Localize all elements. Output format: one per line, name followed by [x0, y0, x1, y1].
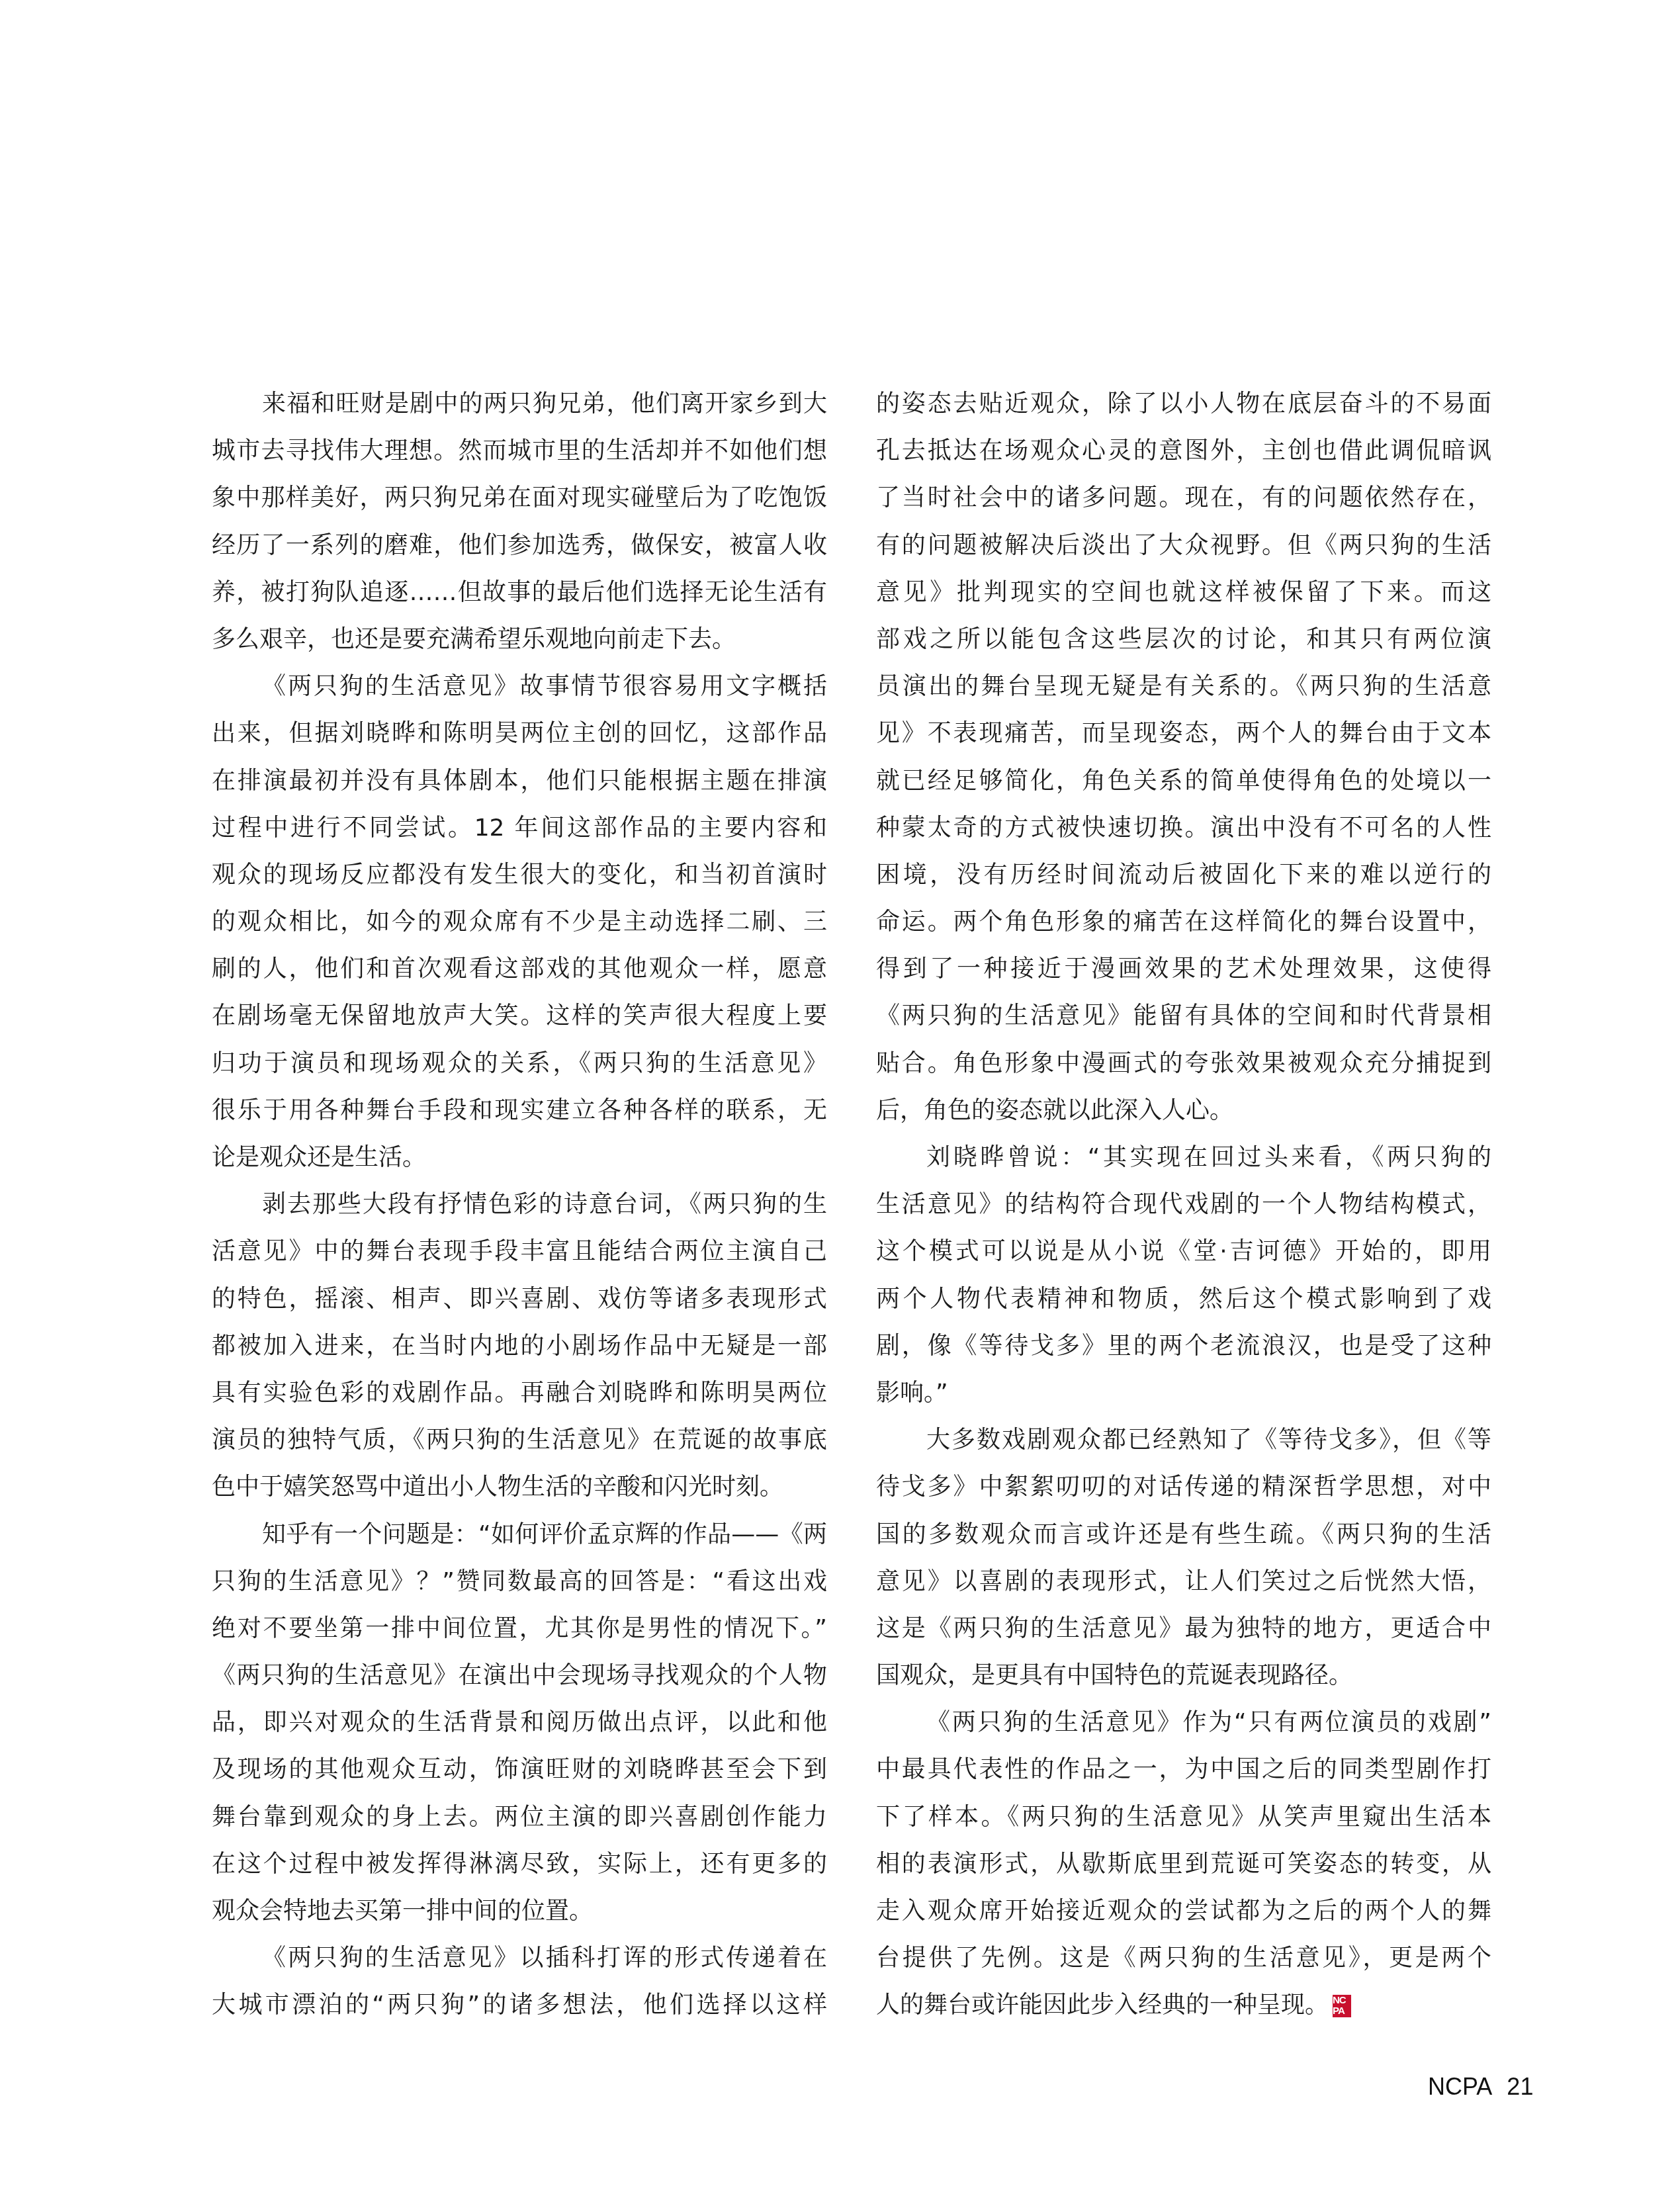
- text-line-content: 相的表演形式，从歇斯底里到荒诞可笑姿态的转变，从: [876, 1851, 1491, 1878]
- text-line-content: 品，即兴对观众的生活背景和阅历做出点评，以此和他: [212, 1709, 827, 1736]
- text-line-content: 大城市漂泊的“两只狗”的诸多想法，他们选择以这样: [212, 1991, 827, 2019]
- text-line: 下了样本。《两只狗的生活意见》从笑声里窥出生活本: [876, 1794, 1491, 1841]
- text-line-content: 员演出的舞台呈现无疑是有关系的。《两只狗的生活意: [876, 673, 1491, 700]
- text-line-content: 命运。两个角色形象的痛苦在这样简化的舞台设置中，: [876, 908, 1491, 936]
- text-line-content: 这个模式可以说是从小说《堂·吉诃德》开始的，即用: [876, 1238, 1491, 1265]
- text-line-content: 在排演最初并没有具体剧本，他们只能根据主题在排演: [212, 767, 827, 795]
- text-line: 刘晓晔曾说：“其实现在回过头来看，《两只狗的: [876, 1134, 1491, 1181]
- text-line-content: 在剧场毫无保留地放声大笑。这样的笑声很大程度上要: [212, 1002, 827, 1029]
- text-line-content: 只狗的生活意见》？”赞同数最高的回答是：“看这出戏: [212, 1568, 827, 1595]
- text-line: 剥去那些大段有抒情色彩的诗意台词，《两只狗的生: [212, 1181, 827, 1228]
- text-line: 生活意见》的结构符合现代戏剧的一个人物结构模式，: [876, 1181, 1491, 1228]
- text-line-content: 《两只狗的生活意见》作为“只有两位演员的戏剧”: [926, 1709, 1491, 1736]
- text-line: 的特色，摇滚、相声、即兴喜剧、戏仿等诸多表现形式: [212, 1276, 827, 1323]
- text-line: 色中于嬉笑怒骂中道出小人物生活的辛酸和闪光时刻。: [212, 1464, 827, 1510]
- text-line-content: 刘晓晔曾说：“其实现在回过头来看，《两只狗的: [926, 1144, 1491, 1171]
- text-line: 知乎有一个问题是：“如何评价孟京辉的作品——《两: [212, 1511, 827, 1558]
- text-line-content: 的姿态去贴近观众，除了以小人物在底层奋斗的不易面: [876, 390, 1491, 417]
- text-line: 城市去寻找伟大理想。然而城市里的生活却并不如他们想: [212, 427, 827, 474]
- text-line-content: 都被加入进来，在当时内地的小剧场作品中无疑是一部: [212, 1333, 827, 1360]
- text-line: 只狗的生活意见》？”赞同数最高的回答是：“看这出戏: [212, 1558, 827, 1605]
- text-line: 剧，像《等待戈多》里的两个老流浪汉，也是受了这种: [876, 1323, 1491, 1370]
- text-line-content: 养，被打狗队追逐……但故事的最后他们选择无论生活有: [212, 579, 827, 606]
- text-line-content: 见》不表现痛苦，而呈现姿态，两个人的舞台由于文本: [876, 720, 1491, 747]
- text-line: 来福和旺财是剧中的两只狗兄弟，他们离开家乡到大: [212, 380, 827, 427]
- text-line: 意见》批判现实的空间也就这样被保留了下来。而这: [876, 569, 1491, 616]
- text-line-content: 生活意见》的结构符合现代戏剧的一个人物结构模式，: [876, 1191, 1491, 1218]
- text-line: 活意见》中的舞台表现手段丰富且能结合两位主演自己: [212, 1228, 827, 1275]
- text-line-content: 贴合。角色形象中漫画式的夸张效果被观众充分捕捉到: [876, 1050, 1491, 1077]
- text-line-content: 中最具代表性的作品之一，为中国之后的同类型剧作打: [876, 1756, 1491, 1783]
- text-line: 的观众相比，如今的观众席有不少是主动选择二刷、三: [212, 898, 827, 945]
- article-column-right: 的姿态去贴近观众，除了以小人物在底层奋斗的不易面孔去抵达在场观众心灵的意图外，主…: [876, 380, 1491, 2029]
- text-line-content: 演员的独特气质，《两只狗的生活意见》在荒诞的故事底: [212, 1426, 827, 1454]
- text-line: 《两只狗的生活意见》作为“只有两位演员的戏剧”: [876, 1699, 1491, 1746]
- text-line-content: 人的舞台或许能因此步入经典的一种呈现。: [876, 1991, 1329, 2019]
- text-line-content: 观众会特地去买第一排中间的位置。: [212, 1898, 593, 1925]
- text-line: 归功于演员和现场观众的关系，《两只狗的生活意见》: [212, 1040, 827, 1087]
- page-footer: NCPA21: [1428, 2073, 1533, 2101]
- text-line: 绝对不要坐第一排中间位置，尤其你是男性的情况下。”: [212, 1605, 827, 1652]
- text-line: 舞台靠到观众的身上去。两位主演的即兴喜剧创作能力: [212, 1794, 827, 1841]
- text-line: 具有实验色彩的戏剧作品。再融合刘晓晔和陈明昊两位: [212, 1370, 827, 1417]
- text-line: 得到了一种接近于漫画效果的艺术处理效果，这使得: [876, 945, 1491, 992]
- text-line-content: 《两只狗的生活意见》以插科打诨的形式传递着在: [262, 1945, 827, 1972]
- text-line: 很乐于用各种舞台手段和现实建立各种各样的联系，无: [212, 1087, 827, 1134]
- text-line: 意见》以喜剧的表现形式，让人们笑过之后恍然大悟，: [876, 1558, 1491, 1605]
- text-line-content: 的特色，摇滚、相声、即兴喜剧、戏仿等诸多表现形式: [212, 1286, 827, 1313]
- text-line: 过程中进行不同尝试。12 年间这部作品的主要内容和: [212, 805, 827, 852]
- text-line: 在这个过程中被发挥得淋漓尽致，实际上，还有更多的: [212, 1841, 827, 1888]
- text-line-content: 种蒙太奇的方式被快速切换。演出中没有不可名的人性: [876, 814, 1491, 842]
- text-line-content: 部戏之所以能包含这些层次的讨论，和其只有两位演: [876, 626, 1491, 653]
- text-line: 《两只狗的生活意见》能留有具体的空间和时代背景相: [876, 992, 1491, 1039]
- text-line-content: 孔去抵达在场观众心灵的意图外，主创也借此调侃暗讽: [876, 437, 1491, 464]
- text-line: 待戈多》中絮絮叨叨的对话传递的精深哲学思想，对中: [876, 1464, 1491, 1510]
- text-line: 象中那样美好，两只狗兄弟在面对现实碰壁后为了吃饱饭: [212, 474, 827, 521]
- text-line: 论是观众还是生活。: [212, 1134, 827, 1181]
- text-line: 孔去抵达在场观众心灵的意图外，主创也借此调侃暗讽: [876, 427, 1491, 474]
- text-line: 《两只狗的生活意见》在演出中会现场寻找观众的个人物: [212, 1652, 827, 1699]
- text-line-content: 在这个过程中被发挥得淋漓尽致，实际上，还有更多的: [212, 1851, 827, 1878]
- text-line: 国观众，是更具有中国特色的荒诞表现路径。: [876, 1652, 1491, 1699]
- text-line: 这个模式可以说是从小说《堂·吉诃德》开始的，即用: [876, 1228, 1491, 1275]
- text-line-content: 知乎有一个问题是：“如何评价孟京辉的作品——《两: [262, 1521, 827, 1548]
- text-line-content: 《两只狗的生活意见》故事情节很容易用文字概括: [262, 673, 827, 700]
- text-line: 人的舞台或许能因此步入经典的一种呈现。NCPA: [876, 1982, 1491, 2029]
- text-line: 就已经足够简化，角色关系的简单使得角色的处境以一: [876, 758, 1491, 805]
- text-line-content: 待戈多》中絮絮叨叨的对话传递的精深哲学思想，对中: [876, 1473, 1491, 1501]
- text-line-content: 很乐于用各种舞台手段和现实建立各种各样的联系，无: [212, 1097, 827, 1124]
- text-line-content: 观众的现场反应都没有发生很大的变化，和当初首演时: [212, 861, 827, 889]
- text-line: 国的多数观众而言或许还是有些生疏。《两只狗的生活: [876, 1511, 1491, 1558]
- text-line-content: 两个人物代表精神和物质，然后这个模式影响到了戏: [876, 1286, 1491, 1313]
- text-line: 台提供了先例。这是《两只狗的生活意见》，更是两个: [876, 1935, 1491, 1982]
- text-line-content: 绝对不要坐第一排中间位置，尤其你是男性的情况下。”: [212, 1615, 827, 1642]
- text-line: 经历了一系列的磨难，他们参加选秀，做保安，被富人收: [212, 522, 827, 569]
- text-line-content: 具有实验色彩的戏剧作品。再融合刘晓晔和陈明昊两位: [212, 1379, 827, 1407]
- text-line-content: 大多数戏剧观众都已经熟知了《等待戈多》，但《等: [926, 1426, 1491, 1454]
- text-line: 相的表演形式，从歇斯底里到荒诞可笑姿态的转变，从: [876, 1841, 1491, 1888]
- text-line-content: 国的多数观众而言或许还是有些生疏。《两只狗的生活: [876, 1521, 1491, 1548]
- text-line-content: 意见》批判现实的空间也就这样被保留了下来。而这: [876, 579, 1491, 606]
- footer-brand: NCPA: [1428, 2073, 1492, 2100]
- text-line-content: 的观众相比，如今的观众席有不少是主动选择二刷、三: [212, 908, 827, 936]
- text-line-content: 下了样本。《两只狗的生活意见》从笑声里窥出生活本: [876, 1804, 1491, 1831]
- text-line: 观众会特地去买第一排中间的位置。: [212, 1888, 827, 1935]
- text-line: 品，即兴对观众的生活背景和阅历做出点评，以此和他: [212, 1699, 827, 1746]
- ncpa-end-mark-icon: NCPA: [1333, 1995, 1351, 2017]
- text-line: 观众的现场反应都没有发生很大的变化，和当初首演时: [212, 852, 827, 898]
- text-line-content: 困境，没有历经时间流动后被固化下来的难以逆行的: [876, 861, 1491, 889]
- text-line-content: 《两只狗的生活意见》在演出中会现场寻找观众的个人物: [212, 1662, 827, 1689]
- article-column-left: 来福和旺财是剧中的两只狗兄弟，他们离开家乡到大城市去寻找伟大理想。然而城市里的生…: [212, 380, 827, 2029]
- text-line-content: 台提供了先例。这是《两只狗的生活意见》，更是两个: [876, 1945, 1491, 1972]
- text-line: 部戏之所以能包含这些层次的讨论，和其只有两位演: [876, 616, 1491, 663]
- text-line: 中最具代表性的作品之一，为中国之后的同类型剧作打: [876, 1746, 1491, 1793]
- text-line: 员演出的舞台呈现无疑是有关系的。《两只狗的生活意: [876, 663, 1491, 710]
- text-line-content: 这是《两只狗的生活意见》最为独特的地方，更适合中: [876, 1615, 1491, 1642]
- text-line: 见》不表现痛苦，而呈现姿态，两个人的舞台由于文本: [876, 710, 1491, 757]
- text-line-content: 有的问题被解决后淡出了大众视野。但《两只狗的生活: [876, 532, 1491, 559]
- text-line-content: 剥去那些大段有抒情色彩的诗意台词，《两只狗的生: [262, 1191, 827, 1218]
- text-line: 在排演最初并没有具体剧本，他们只能根据主题在排演: [212, 758, 827, 805]
- text-line-content: 出来，但据刘晓晔和陈明昊两位主创的回忆，这部作品: [212, 720, 827, 747]
- text-line-content: 《两只狗的生活意见》能留有具体的空间和时代背景相: [876, 1002, 1491, 1029]
- text-line: 的姿态去贴近观众，除了以小人物在底层奋斗的不易面: [876, 380, 1491, 427]
- text-line-content: 国观众，是更具有中国特色的荒诞表现路径。: [876, 1662, 1352, 1689]
- text-line-content: 论是观众还是生活。: [212, 1144, 426, 1171]
- text-line-content: 城市去寻找伟大理想。然而城市里的生活却并不如他们想: [212, 437, 827, 464]
- text-line: 了当时社会中的诸多问题。现在，有的问题依然存在，: [876, 474, 1491, 521]
- text-line: 出来，但据刘晓晔和陈明昊两位主创的回忆，这部作品: [212, 710, 827, 757]
- text-line-content: 剧，像《等待戈多》里的两个老流浪汉，也是受了这种: [876, 1333, 1491, 1360]
- text-line-content: 就已经足够简化，角色关系的简单使得角色的处境以一: [876, 767, 1491, 795]
- text-line-content: 活意见》中的舞台表现手段丰富且能结合两位主演自己: [212, 1238, 827, 1265]
- text-line: 养，被打狗队追逐……但故事的最后他们选择无论生活有: [212, 569, 827, 616]
- page-number: 21: [1507, 2073, 1533, 2100]
- text-line-content: 多么艰辛，也还是要充满希望乐观地向前走下去。: [212, 626, 736, 653]
- text-line: 这是《两只狗的生活意见》最为独特的地方，更适合中: [876, 1605, 1491, 1652]
- text-line: 及现场的其他观众互动，饰演旺财的刘晓晔甚至会下到: [212, 1746, 827, 1793]
- text-line: 在剧场毫无保留地放声大笑。这样的笑声很大程度上要: [212, 992, 827, 1039]
- text-line-content: 得到了一种接近于漫画效果的艺术处理效果，这使得: [876, 955, 1491, 983]
- text-line-content: 了当时社会中的诸多问题。现在，有的问题依然存在，: [876, 484, 1491, 511]
- text-line: 两个人物代表精神和物质，然后这个模式影响到了戏: [876, 1276, 1491, 1323]
- text-line-content: 后，角色的姿态就以此深入人心。: [876, 1097, 1233, 1124]
- text-line: 贴合。角色形象中漫画式的夸张效果被观众充分捕捉到: [876, 1040, 1491, 1087]
- text-line-content: 经历了一系列的磨难，他们参加选秀，做保安，被富人收: [212, 532, 827, 559]
- text-line: 大多数戏剧观众都已经熟知了《等待戈多》，但《等: [876, 1417, 1491, 1464]
- text-line-content: 及现场的其他观众互动，饰演旺财的刘晓晔甚至会下到: [212, 1756, 827, 1783]
- text-line-content: 走入观众席开始接近观众的尝试都为之后的两个人的舞: [876, 1898, 1491, 1925]
- text-line: 影响。”: [876, 1370, 1491, 1417]
- text-line-content: 色中于嬉笑怒骂中道出小人物生活的辛酸和闪光时刻。: [212, 1473, 783, 1501]
- text-line-content: 来福和旺财是剧中的两只狗兄弟，他们离开家乡到大: [262, 390, 827, 417]
- text-line: 后，角色的姿态就以此深入人心。: [876, 1087, 1491, 1134]
- end-mark-line2: PA: [1333, 2006, 1351, 2017]
- text-line: 大城市漂泊的“两只狗”的诸多想法，他们选择以这样: [212, 1982, 827, 2029]
- text-line: 《两只狗的生活意见》故事情节很容易用文字概括: [212, 663, 827, 710]
- text-line-content: 刷的人，他们和首次观看这部戏的其他观众一样，愿意: [212, 955, 827, 983]
- text-line-content: 意见》以喜剧的表现形式，让人们笑过之后恍然大悟，: [876, 1568, 1491, 1595]
- text-line-content: 舞台靠到观众的身上去。两位主演的即兴喜剧创作能力: [212, 1804, 827, 1831]
- end-mark-line1: NC: [1333, 1995, 1351, 2006]
- text-line: 种蒙太奇的方式被快速切换。演出中没有不可名的人性: [876, 805, 1491, 852]
- text-line-content: 象中那样美好，两只狗兄弟在面对现实碰壁后为了吃饱饭: [212, 484, 827, 511]
- text-line: 困境，没有历经时间流动后被固化下来的难以逆行的: [876, 852, 1491, 898]
- text-line: 《两只狗的生活意见》以插科打诨的形式传递着在: [212, 1935, 827, 1982]
- text-line-content: 归功于演员和现场观众的关系，《两只狗的生活意见》: [212, 1050, 827, 1077]
- text-line: 有的问题被解决后淡出了大众视野。但《两只狗的生活: [876, 522, 1491, 569]
- text-line: 多么艰辛，也还是要充满希望乐观地向前走下去。: [212, 616, 827, 663]
- text-line-content: 过程中进行不同尝试。12 年间这部作品的主要内容和: [212, 814, 827, 842]
- text-line: 演员的独特气质，《两只狗的生活意见》在荒诞的故事底: [212, 1417, 827, 1464]
- text-line-content: 影响。”: [876, 1379, 948, 1407]
- text-line: 刷的人，他们和首次观看这部戏的其他观众一样，愿意: [212, 945, 827, 992]
- text-line: 命运。两个角色形象的痛苦在这样简化的舞台设置中，: [876, 898, 1491, 945]
- text-line: 都被加入进来，在当时内地的小剧场作品中无疑是一部: [212, 1323, 827, 1370]
- text-line: 走入观众席开始接近观众的尝试都为之后的两个人的舞: [876, 1888, 1491, 1935]
